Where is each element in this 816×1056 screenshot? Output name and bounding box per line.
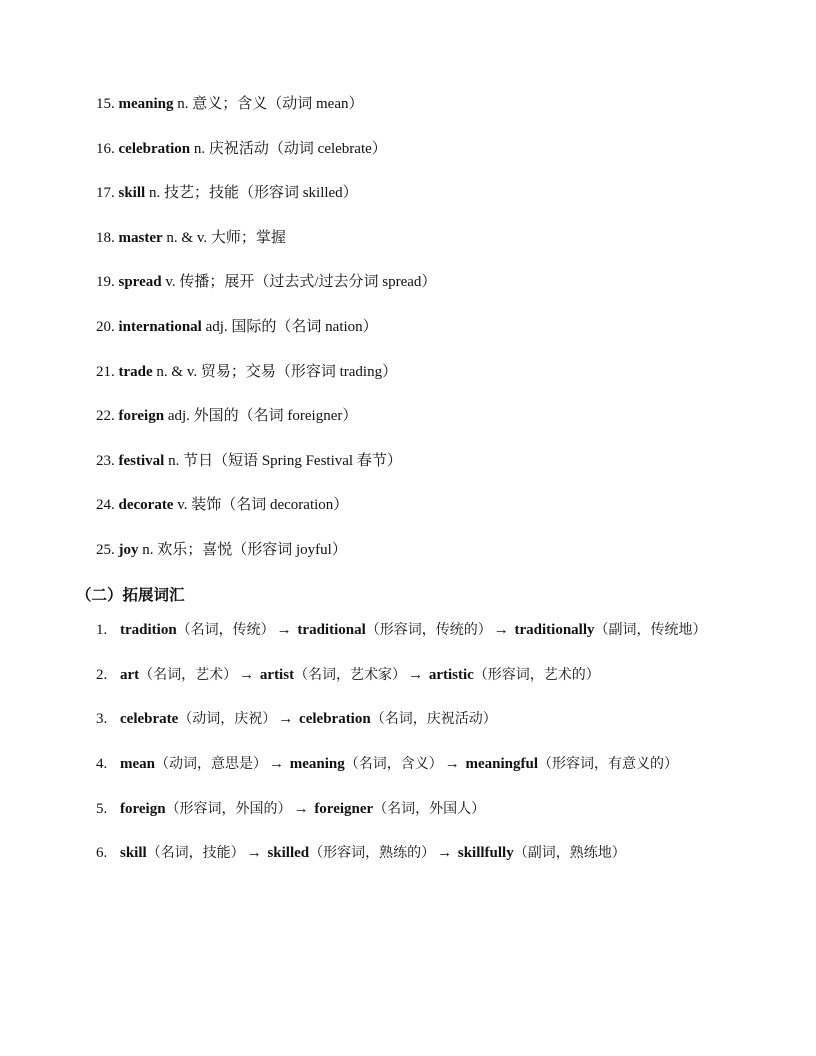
item-number: 22. (96, 408, 115, 424)
vocab-item: 21. trade n. & v. 贸易；交易（形容词 trading） (96, 362, 756, 382)
vocab-word: meaningful (466, 756, 539, 772)
word-gloss: （名词，传统） (177, 622, 275, 638)
vocab-word: decorate (119, 497, 174, 513)
item-number: 16. (96, 141, 115, 157)
arrow-icon: → (239, 667, 254, 683)
extended-vocab-item: 4. mean（动词，意思是）→ meaning（名词，含义）→ meaning… (96, 750, 746, 778)
item-number: 2. (96, 661, 120, 689)
vocab-word: foreign (119, 408, 165, 424)
vocab-word: skilled (267, 845, 309, 861)
word-gloss: （形容词，传统的） (366, 622, 492, 638)
vocab-word: traditionally (515, 622, 595, 638)
vocab-item: 20. international adj. 国际的（名词 nation） (96, 317, 756, 337)
vocab-word: traditional (297, 622, 365, 638)
vocab-definition: adj. 国际的（名词 nation） (202, 319, 378, 335)
vocab-word: celebration (119, 141, 191, 157)
arrow-icon: → (445, 756, 460, 772)
section-heading: （二）拓展词汇 (76, 584, 185, 606)
item-number: 3. (96, 705, 120, 733)
vocab-word: trade (119, 364, 153, 380)
word-gloss: （动词，意思是） (155, 756, 267, 772)
item-number: 23. (96, 453, 115, 469)
vocab-word: master (119, 230, 163, 246)
vocab-word: celebration (299, 711, 371, 727)
word-gloss: （形容词，有意义的） (538, 756, 678, 772)
extended-vocab-item: 5. foreign（形容词，外国的）→ foreigner（名词，外国人） (96, 795, 746, 823)
vocab-definition: adj. 外国的（名词 foreigner） (164, 408, 357, 424)
word-gloss: （形容词，熟练的） (309, 845, 435, 861)
vocab-definition: n. & v. 大师；掌握 (163, 230, 286, 246)
item-number: 21. (96, 364, 115, 380)
word-gloss: （名词，艺术） (139, 667, 237, 683)
vocab-word: festival (119, 453, 165, 469)
word-gloss: （形容词，艺术的） (474, 667, 600, 683)
vocab-word: art (120, 667, 139, 683)
item-number: 6. (96, 839, 120, 867)
word-family: skill（名词，技能）→ skilled（形容词，熟练的）→ skillful… (120, 839, 746, 867)
arrow-icon: → (278, 711, 293, 727)
word-gloss: （副词，熟练地） (514, 845, 626, 861)
vocab-word: foreigner (314, 801, 373, 817)
vocab-definition: n. 意义；含义（动词 mean） (174, 96, 364, 112)
vocab-item: 25. joy n. 欢乐；喜悦（形容词 joyful） (96, 540, 756, 560)
arrow-icon: → (408, 667, 423, 683)
vocab-item: 18. master n. & v. 大师；掌握 (96, 228, 756, 248)
item-number: 24. (96, 497, 115, 513)
item-number: 18. (96, 230, 115, 246)
vocab-word: mean (120, 756, 155, 772)
vocab-definition: n. 技艺；技能（形容词 skilled） (145, 185, 358, 201)
vocab-definition: v. 传播；展开（过去式/过去分词 spread） (162, 274, 437, 290)
word-family: celebrate（动词，庆祝）→ celebration（名词，庆祝活动） (120, 705, 746, 733)
vocab-item: 19. spread v. 传播；展开（过去式/过去分词 spread） (96, 272, 756, 292)
vocab-word: artistic (429, 667, 474, 683)
arrow-icon: → (269, 756, 284, 772)
vocab-word: artist (260, 667, 294, 683)
core-vocab-list: 15. meaning n. 意义；含义（动词 mean） 16. celebr… (96, 94, 756, 585)
extended-vocab-item: 1. tradition（名词，传统）→ traditional（形容词，传统的… (96, 616, 746, 644)
word-family: mean（动词，意思是）→ meaning（名词，含义）→ meaningful… (120, 750, 746, 778)
extended-vocab-item: 6. skill（名词，技能）→ skilled（形容词，熟练的）→ skill… (96, 839, 746, 867)
word-family: foreign（形容词，外国的）→ foreigner（名词，外国人） (120, 795, 746, 823)
vocab-item: 23. festival n. 节日（短语 Spring Festival 春节… (96, 451, 756, 471)
word-gloss: （名词，外国人） (373, 801, 485, 817)
arrow-icon: → (437, 845, 452, 861)
word-gloss: （副词，传统地） (595, 622, 707, 638)
vocab-word: international (119, 319, 202, 335)
word-gloss: （名词，含义） (345, 756, 443, 772)
vocab-definition: n. 庆祝活动（动词 celebrate） (190, 141, 387, 157)
extended-vocab-item: 3. celebrate（动词，庆祝）→ celebration（名词，庆祝活动… (96, 705, 746, 733)
extended-vocab-list: 1. tradition（名词，传统）→ traditional（形容词，传统的… (96, 616, 746, 884)
item-number: 17. (96, 185, 115, 201)
vocab-item: 15. meaning n. 意义；含义（动词 mean） (96, 94, 756, 114)
vocab-word: joy (119, 542, 139, 558)
word-gloss: （形容词，外国的） (166, 801, 292, 817)
vocab-word: meaning (290, 756, 345, 772)
item-number: 5. (96, 795, 120, 823)
item-number: 15. (96, 96, 115, 112)
item-number: 4. (96, 750, 120, 778)
vocab-word: skillfully (458, 845, 514, 861)
vocab-word: skill (120, 845, 147, 861)
vocab-word: spread (119, 274, 162, 290)
item-number: 19. (96, 274, 115, 290)
vocab-definition: n. 节日（短语 Spring Festival 春节） (164, 453, 402, 469)
vocab-definition: n. & v. 贸易；交易（形容词 trading） (153, 364, 397, 380)
item-number: 25. (96, 542, 115, 558)
arrow-icon: → (294, 801, 309, 817)
vocab-word: meaning (119, 96, 174, 112)
arrow-icon: → (277, 622, 292, 638)
extended-vocab-item: 2. art（名词，艺术）→ artist（名词，艺术家）→ artistic（… (96, 661, 746, 689)
word-gloss: （名词，庆祝活动） (371, 711, 497, 727)
word-gloss: （动词，庆祝） (178, 711, 276, 727)
vocab-word: celebrate (120, 711, 178, 727)
vocab-item: 24. decorate v. 装饰（名词 decoration） (96, 495, 756, 515)
arrow-icon: → (247, 845, 262, 861)
item-number: 1. (96, 616, 120, 644)
vocab-definition: n. 欢乐；喜悦（形容词 joyful） (139, 542, 347, 558)
word-gloss: （名词，技能） (147, 845, 245, 861)
vocab-word: foreign (120, 801, 166, 817)
arrow-icon: → (494, 622, 509, 638)
item-number: 20. (96, 319, 115, 335)
vocab-definition: v. 装饰（名词 decoration） (173, 497, 348, 513)
vocab-item: 22. foreign adj. 外国的（名词 foreigner） (96, 406, 756, 426)
vocab-item: 17. skill n. 技艺；技能（形容词 skilled） (96, 183, 756, 203)
word-family: tradition（名词，传统）→ traditional（形容词，传统的）→ … (120, 616, 746, 644)
vocab-item: 16. celebration n. 庆祝活动（动词 celebrate） (96, 139, 756, 159)
vocab-word: tradition (120, 622, 177, 638)
document-page: 15. meaning n. 意义；含义（动词 mean） 16. celebr… (0, 0, 816, 1056)
vocab-word: skill (119, 185, 146, 201)
word-family: art（名词，艺术）→ artist（名词，艺术家）→ artistic（形容词… (120, 661, 746, 689)
word-gloss: （名词，艺术家） (294, 667, 406, 683)
